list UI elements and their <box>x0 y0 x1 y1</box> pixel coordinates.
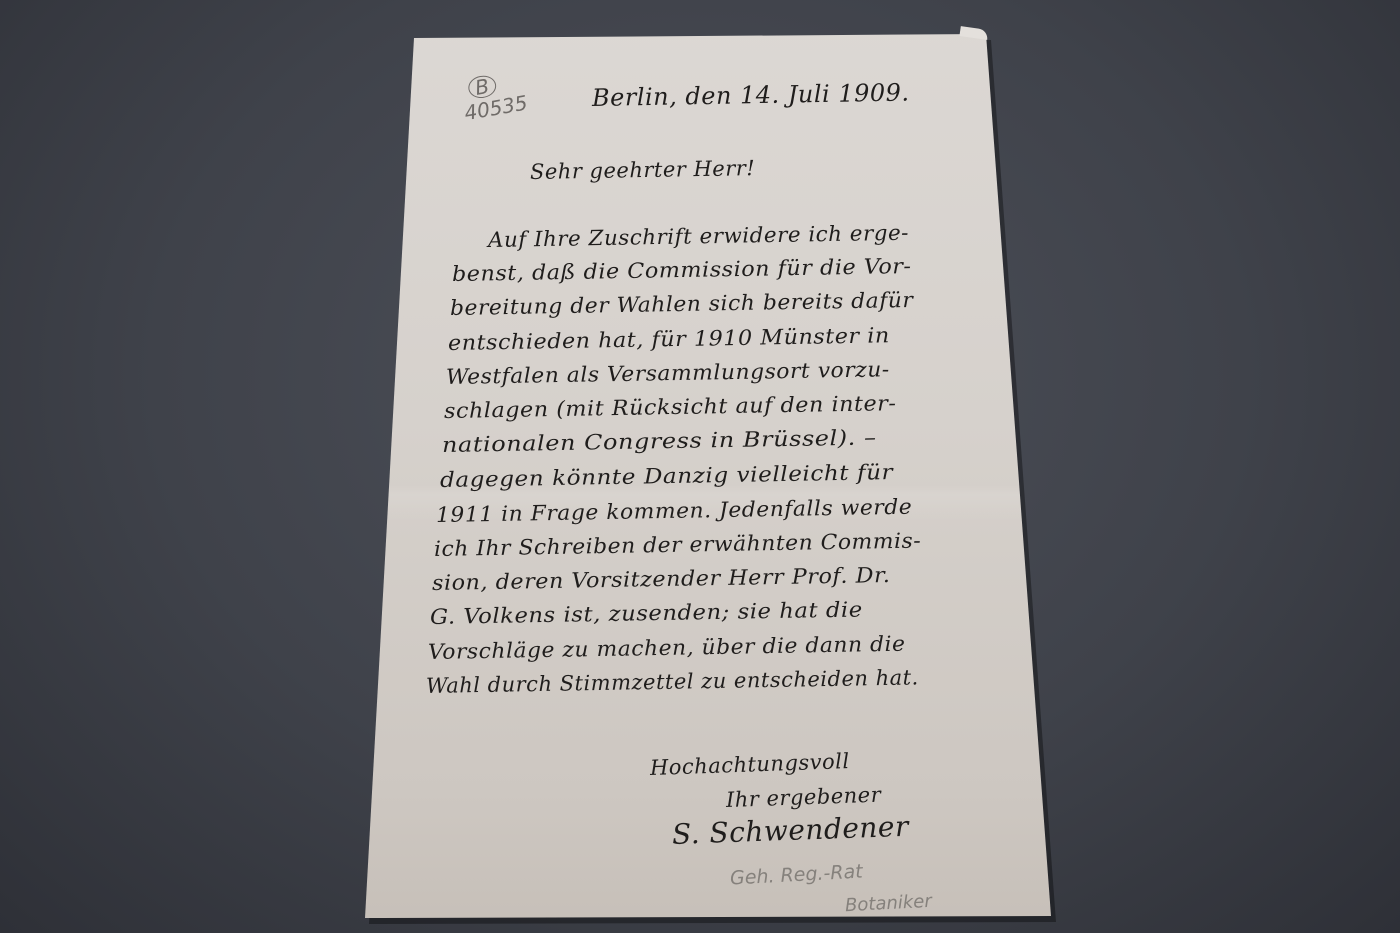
dateline: Berlin, den 14. Juli 1909. <box>592 78 910 112</box>
photo-scene: B 40535 Berlin, den 14. Juli 1909. Sehr … <box>0 0 1400 933</box>
salutation: Sehr geehrter Herr! <box>530 156 756 184</box>
archive-mark: B 40535 <box>459 69 529 123</box>
